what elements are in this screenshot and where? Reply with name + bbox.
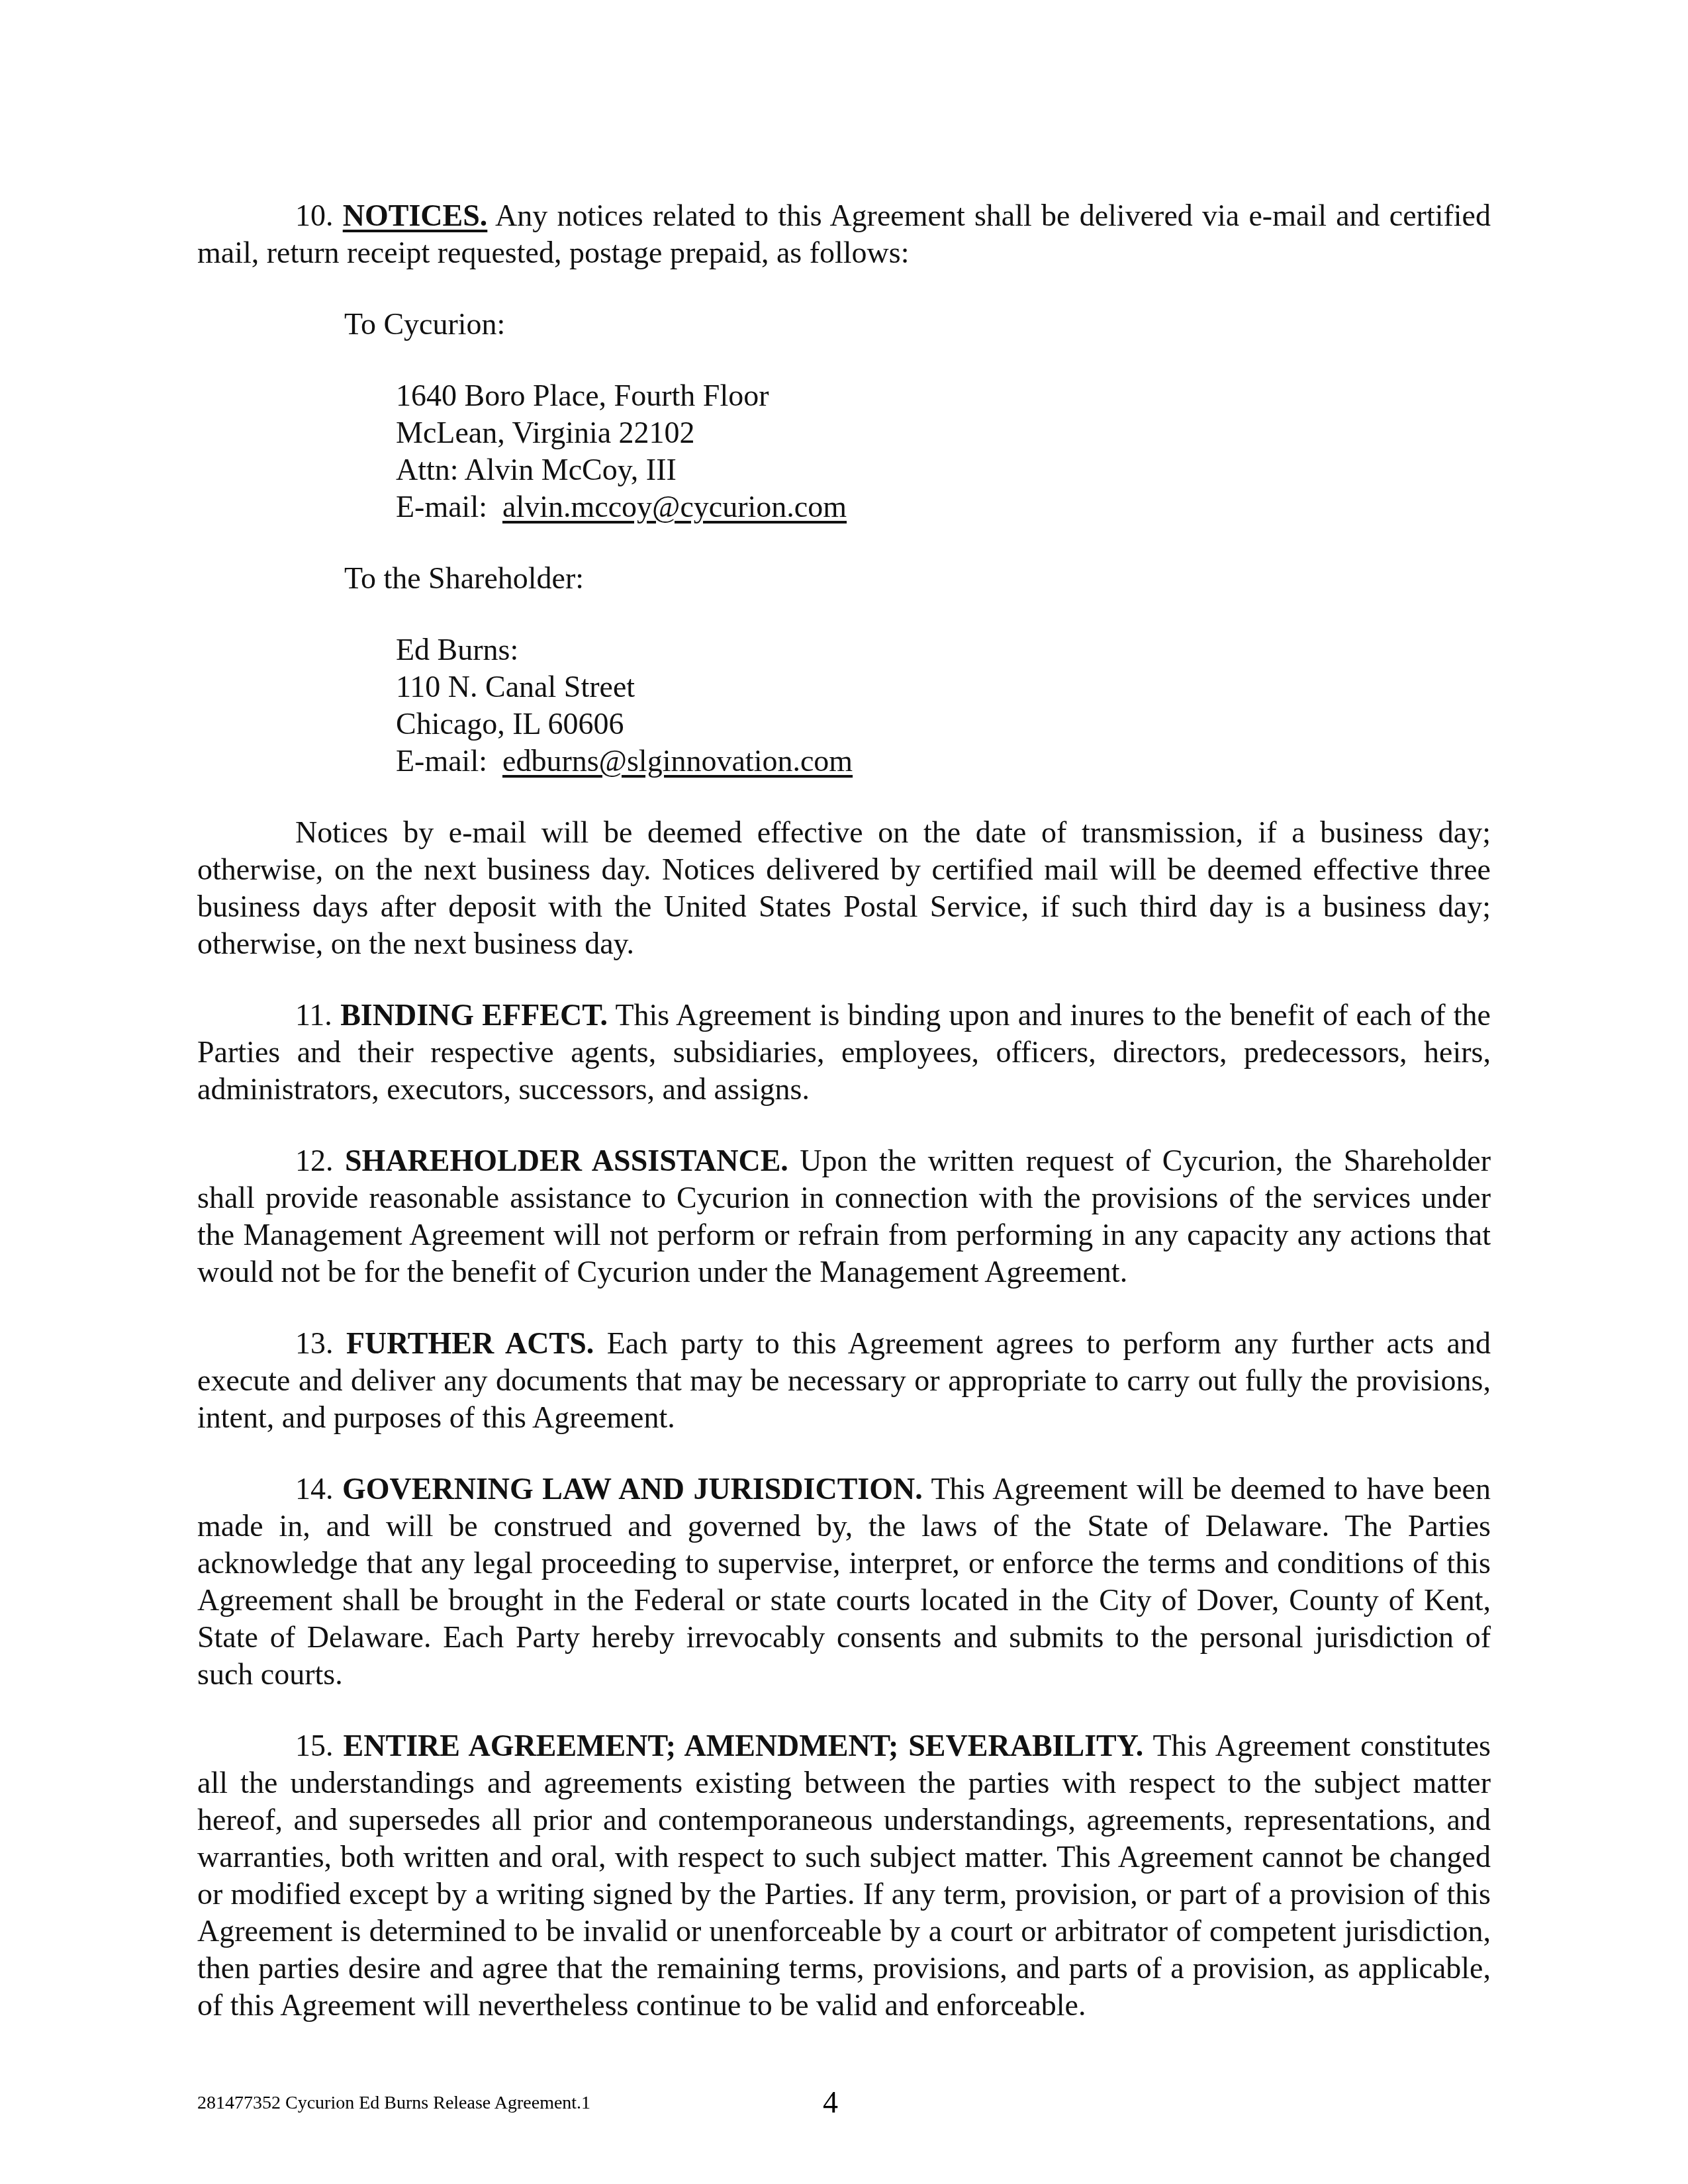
section-number: 13.	[295, 1326, 334, 1360]
section-11-binding-effect: 11. BINDING EFFECT. This Agreement is bi…	[197, 997, 1491, 1108]
email-label: E-mail:	[396, 744, 502, 778]
shareholder-email-line: E-mail: edburns@slginnovation.com	[396, 743, 1491, 780]
section-number: 10.	[295, 199, 334, 232]
section-heading: SHAREHOLDER ASSISTANCE.	[345, 1144, 788, 1177]
section-heading: ENTIRE AGREEMENT; AMENDMENT; SEVERABILIT…	[344, 1729, 1144, 1762]
cycurion-address-line2: McLean, Virginia 22102	[396, 414, 1491, 451]
section-12-shareholder-assistance: 12. SHAREHOLDER ASSISTANCE. Upon the wri…	[197, 1142, 1491, 1291]
section-text: This Agreement constitutes all the under…	[197, 1729, 1491, 2022]
notices-effective-paragraph: Notices by e-mail will be deemed effecti…	[197, 814, 1491, 962]
cycurion-address-line1: 1640 Boro Place, Fourth Floor	[396, 377, 1491, 414]
shareholder-email-link[interactable]: edburns@slginnovation.com	[502, 744, 853, 778]
cycurion-email-link[interactable]: alvin.mccoy@cycurion.com	[502, 490, 847, 523]
section-heading: BINDING EFFECT.	[340, 998, 608, 1032]
shareholder-address-line2: Chicago, IL 60606	[396, 705, 1491, 743]
cycurion-attn: Attn: Alvin McCoy, III	[396, 451, 1491, 488]
section-heading: FURTHER ACTS.	[346, 1326, 594, 1360]
section-10-notices: 10. NOTICES. Any notices related to this…	[197, 197, 1491, 271]
shareholder-name: Ed Burns:	[396, 631, 1491, 668]
shareholder-address-line1: 110 N. Canal Street	[396, 668, 1491, 705]
footer-document-id: 281477352 Cycurion Ed Burns Release Agre…	[197, 2093, 590, 2114]
section-heading: GOVERNING LAW AND JURISDICTION.	[342, 1472, 923, 1506]
section-14-governing-law: 14. GOVERNING LAW AND JURISDICTION. This…	[197, 1471, 1491, 1693]
to-shareholder-label: To the Shareholder:	[344, 560, 1491, 597]
section-number: 14.	[295, 1472, 334, 1506]
section-13-further-acts: 13. FURTHER ACTS. Each party to this Agr…	[197, 1325, 1491, 1436]
section-number: 12.	[295, 1144, 334, 1177]
email-label: E-mail:	[396, 490, 502, 523]
page-number: 4	[823, 2085, 838, 2120]
cycurion-email-line: E-mail: alvin.mccoy@cycurion.com	[396, 488, 1491, 525]
cycurion-address-block: 1640 Boro Place, Fourth Floor McLean, Vi…	[396, 377, 1491, 525]
section-15-entire-agreement: 15. ENTIRE AGREEMENT; AMENDMENT; SEVERAB…	[197, 1727, 1491, 2024]
section-number: 11.	[295, 998, 332, 1032]
to-cycurion-label: To Cycurion:	[344, 306, 1491, 343]
section-heading: NOTICES.	[343, 199, 488, 232]
section-number: 15.	[295, 1729, 334, 1762]
document-page: 10. NOTICES. Any notices related to this…	[197, 197, 1491, 2058]
shareholder-address-block: Ed Burns: 110 N. Canal Street Chicago, I…	[396, 631, 1491, 780]
